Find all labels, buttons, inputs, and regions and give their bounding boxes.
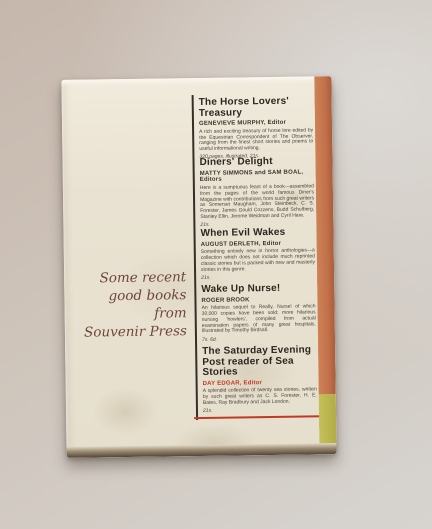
book-bottom-board xyxy=(66,443,336,458)
book-editor: GENEVIEVE MURPHY, Editor xyxy=(199,119,313,127)
book-price: 7s. 6d. xyxy=(202,335,316,343)
book-listing: Wake Up Nurse! ROGER BROOK An hilarious … xyxy=(201,283,316,342)
book-description: A splendid collection of twenty sea stor… xyxy=(203,388,317,407)
book-back-cover: Some recent good books from Souvenir Pre… xyxy=(61,76,336,458)
book-description: Here is a sumptuous feast of a book—asse… xyxy=(200,184,314,220)
book-price: 21s. xyxy=(201,273,315,281)
caption-line: good books xyxy=(80,286,186,305)
book-title: The Saturday Evening Post reader of Sea … xyxy=(202,345,316,378)
book-description: An hilarious sequel to Really, Nurse! of… xyxy=(202,305,316,336)
caption-line: Some recent xyxy=(80,268,186,287)
red-bottom-rule xyxy=(194,415,322,419)
publisher-caption: Some recent good books from Souvenir Pre… xyxy=(80,268,187,341)
column-divider-rule xyxy=(192,95,198,420)
book-price: 21s. xyxy=(203,407,317,415)
yellow-strip xyxy=(319,394,337,443)
caption-line: Souvenir Press xyxy=(81,322,187,341)
book-listing: The Horse Lovers' Treasury GENEVIEVE MUR… xyxy=(199,96,314,160)
book-listing: Diners' Delight MATTY SIMMONS and SAM BO… xyxy=(199,156,314,228)
photo-background: Some recent good books from Souvenir Pre… xyxy=(0,0,432,529)
book-title: Diners' Delight xyxy=(199,156,313,168)
jacket-edge-strip xyxy=(314,76,336,443)
book-listing: When Evil Wakes AUGUST DERLETH, Editor S… xyxy=(200,227,315,281)
jacket-top-edge xyxy=(61,76,331,87)
dust-jacket: Some recent good books from Souvenir Pre… xyxy=(61,76,336,458)
book-title: Wake Up Nurse! xyxy=(201,283,315,295)
book-title: The Horse Lovers' Treasury xyxy=(199,96,313,119)
orange-strip xyxy=(314,76,335,394)
book-listing: The Saturday Evening Post reader of Sea … xyxy=(202,345,317,414)
book-title: When Evil Wakes xyxy=(200,227,314,239)
caption-line: from xyxy=(81,304,187,323)
book-description: A rich and exciting treasury of horse lo… xyxy=(199,128,313,153)
book-description: Something entirely new in horror antholo… xyxy=(201,249,315,274)
book-editor: MATTY SIMMONS and SAM BOAL, Editors xyxy=(200,169,314,184)
